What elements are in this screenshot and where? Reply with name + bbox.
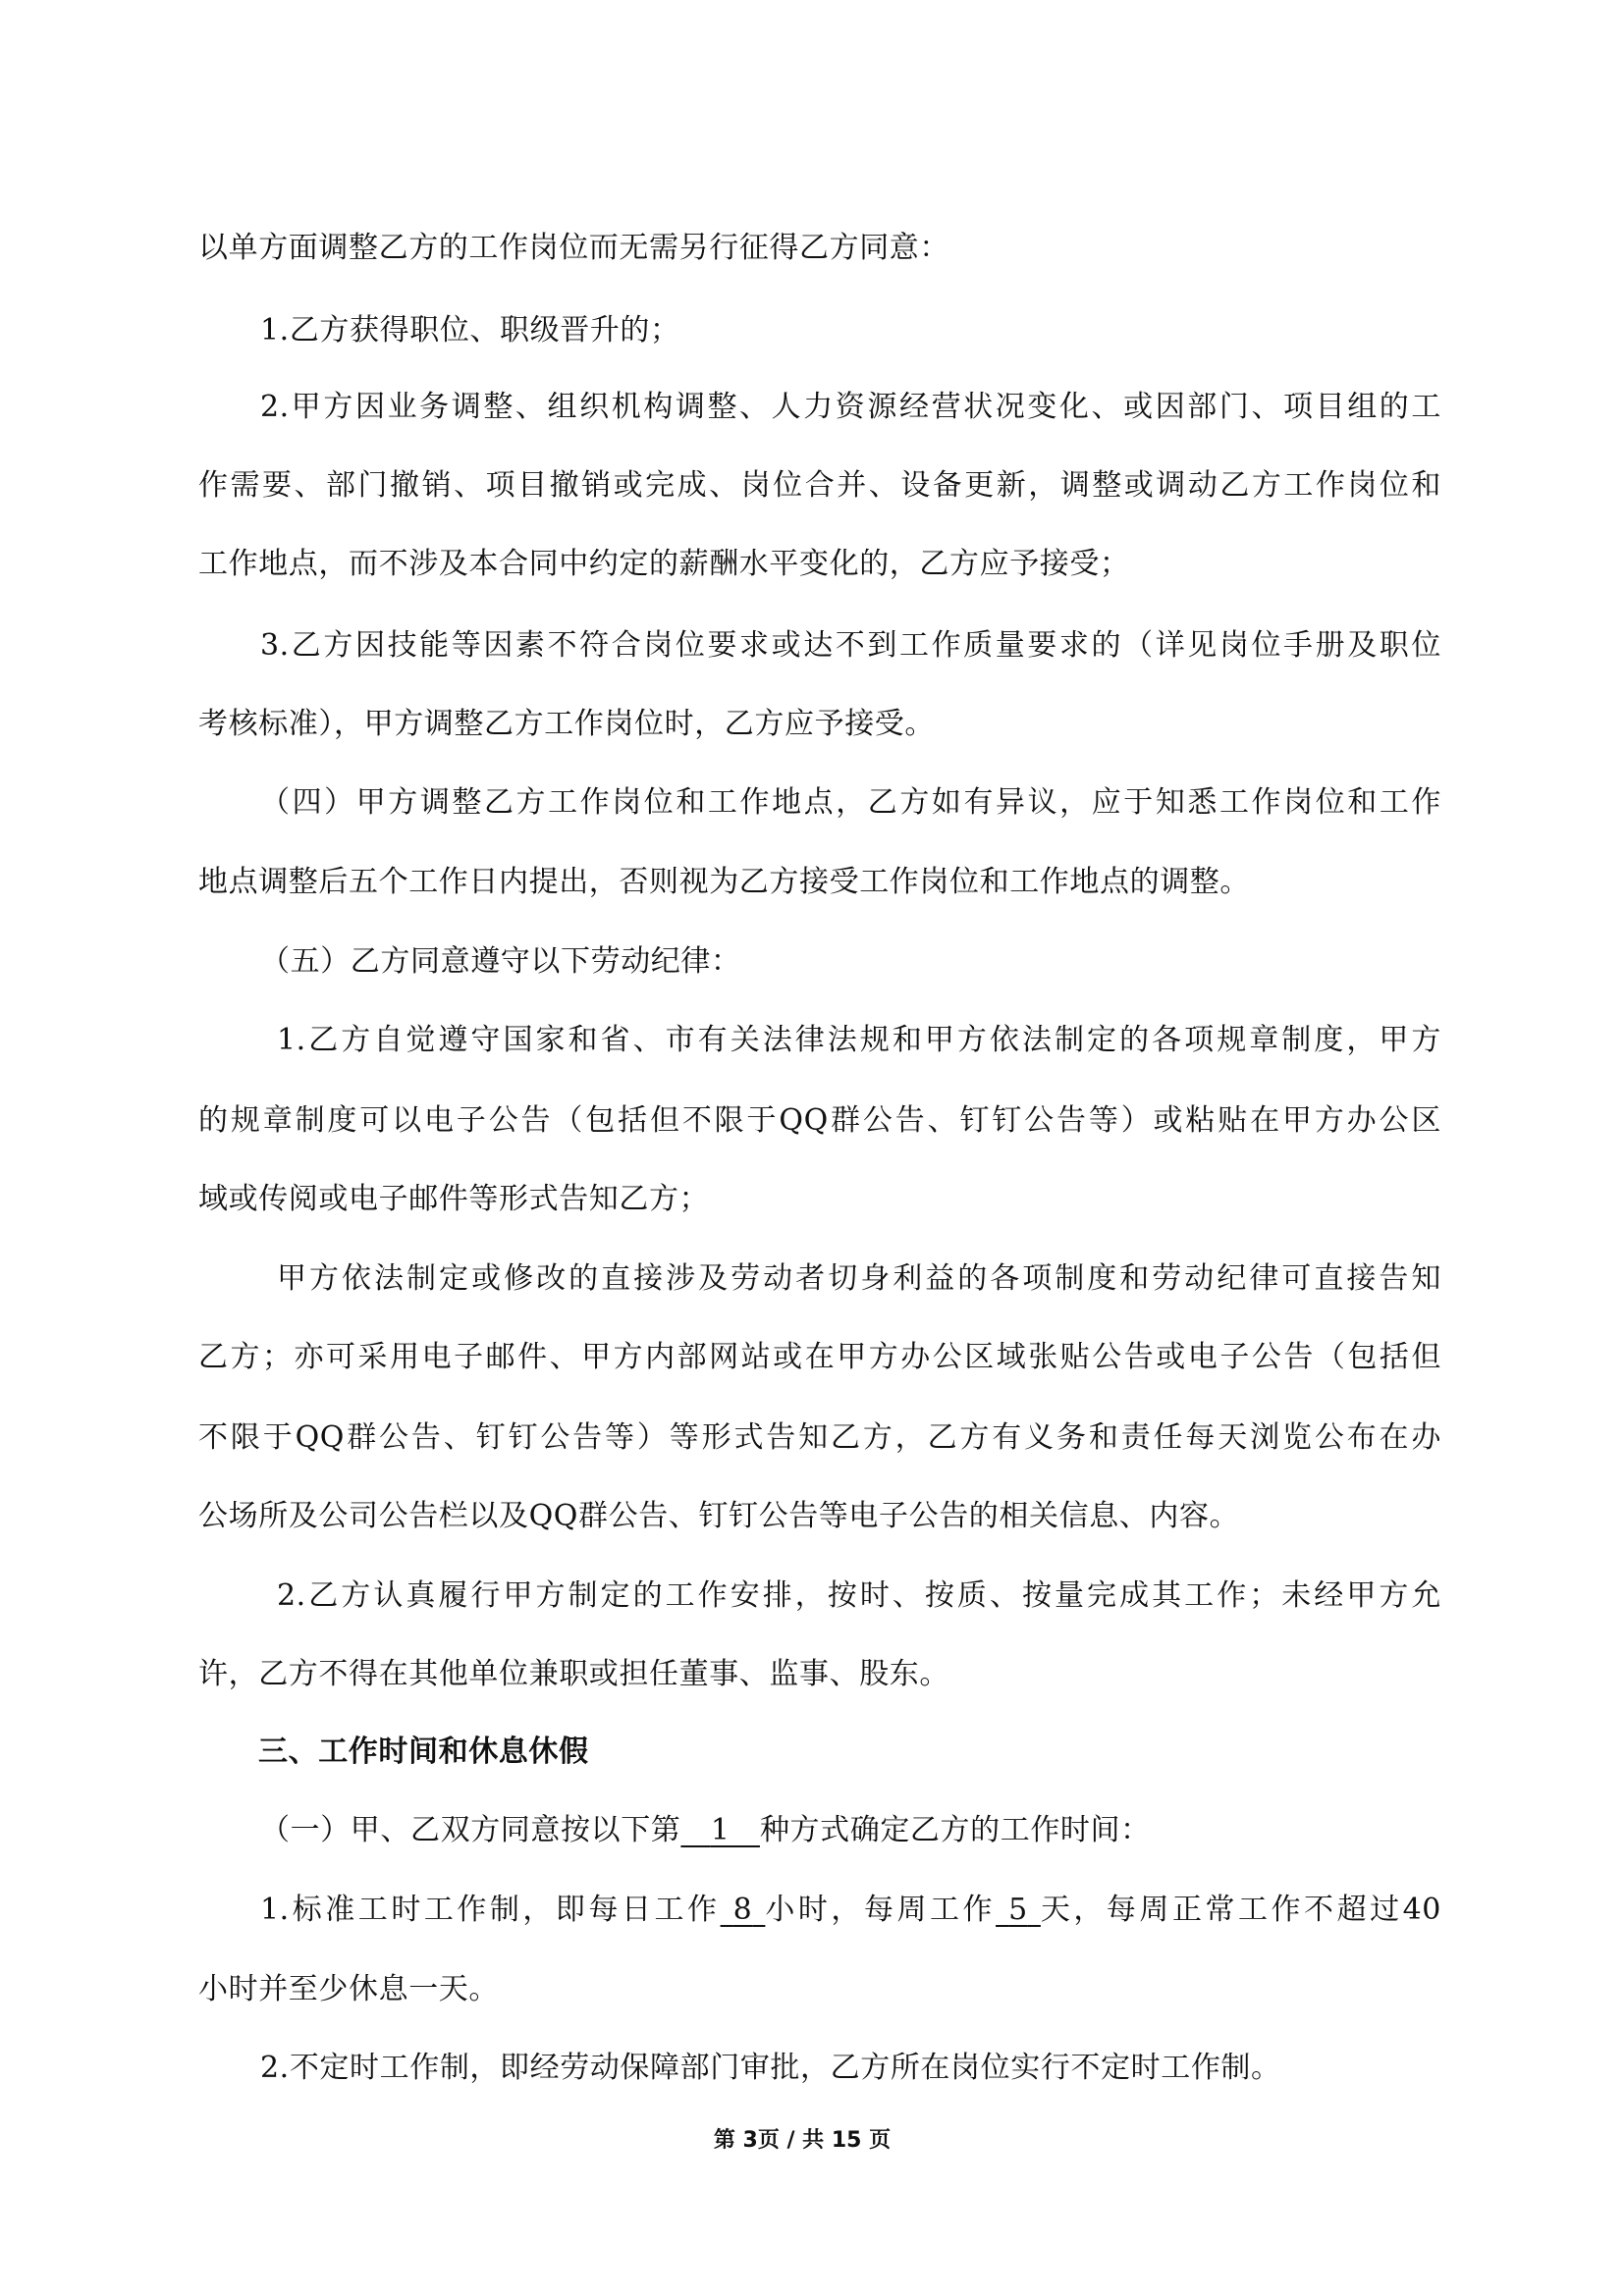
hours-per-day-field: 8 <box>721 1893 766 1927</box>
paragraph-line: 的规章制度可以电子公告（包括但不限于QQ群公告、钉钉公告等）或粘贴在甲方办公区 <box>198 1101 1441 1141</box>
paragraph-line: 地点调整后五个工作日内提出，否则视为乙方接受工作岗位和工作地点的调整。 <box>198 863 1441 902</box>
days-per-week-field: 5 <box>996 1893 1041 1927</box>
list-item-standard-hours: 1.标准工时工作制，即每日工作 8 小时，每周工作 5 天，每周正常工作不超过4… <box>260 1891 1441 1930</box>
list-item-flexible-hours: 2.不定时工作制，即经劳动保障部门审批，乙方所在岗位实行不定时工作制。 <box>260 2049 1441 2088</box>
clause-prefix: （一）甲、乙双方同意按以下第 <box>260 1813 680 1847</box>
hours-per-day-value: 8 <box>733 1893 753 1927</box>
selected-option-value: 1 <box>711 1813 731 1847</box>
list-item-business-adjustment: 2.甲方因业务调整、组织机构调整、人力资源经营状况变化、或因部门、项目组的工 <box>260 388 1441 427</box>
paragraph-line: 小时并至少休息一天。 <box>198 1970 1441 2009</box>
section-heading: 三、工作时间和休息休假 <box>258 1733 1501 1772</box>
paragraph-line: 工作地点，而不涉及本合同中约定的薪酬水平变化的，乙方应予接受； <box>198 545 1441 584</box>
list-item-skill-mismatch: 3.乙方因技能等因素不符合岗位要求或达不到工作质量要求的（详见岗位手册及职位 <box>260 626 1441 666</box>
list-item-promotion: 1.乙方获得职位、职级晋升的； <box>260 311 1441 350</box>
clause-work-time-method: （一）甲、乙双方同意按以下第 1 种方式确定乙方的工作时间： <box>260 1811 1441 1850</box>
paragraph-notification: 甲方依法制定或修改的直接涉及劳动者切身利益的各项制度和劳动纪律可直接告知 <box>277 1259 1441 1299</box>
page-number-footer: 第 3页 / 共 15 页 <box>0 2126 1624 2156</box>
standard-hours-text: 天，每周正常工作不超过40 <box>1041 1893 1441 1927</box>
standard-hours-text: 1.标准工时工作制，即每日工作 <box>260 1893 721 1927</box>
paragraph-line: 作需要、部门撤销、项目撤销或完成、岗位合并、设备更新，调整或调动乙方工作岗位和 <box>198 466 1441 506</box>
clause-suffix: 种方式确定乙方的工作时间： <box>760 1813 1151 1847</box>
clause-five: （五）乙方同意遵守以下劳动纪律： <box>260 942 1441 982</box>
list-item-work-duties: 2.乙方认真履行甲方制定的工作安排，按时、按质、按量完成其工作；未经甲方允 <box>277 1576 1441 1616</box>
days-per-week-value: 5 <box>1008 1893 1028 1927</box>
clause-four: （四）甲方调整乙方工作岗位和工作地点，乙方如有异议，应于知悉工作岗位和工作 <box>260 783 1441 823</box>
paragraph-line: 域或传阅或电子邮件等形式告知乙方； <box>198 1180 1441 1219</box>
paragraph-line: 公场所及公司公告栏以及QQ群公告、钉钉公告等电子公告的相关信息、内容。 <box>198 1497 1441 1536</box>
paragraph-line: 不限于QQ群公告、钉钉公告等）等形式告知乙方，乙方有义务和责任每天浏览公布在办 <box>198 1418 1441 1458</box>
paragraph-line: 以单方面调整乙方的工作岗位而无需另行征得乙方同意： <box>198 229 1441 268</box>
list-item-comply-rules: 1.乙方自觉遵守国家和省、市有关法律法规和甲方依法制定的各项规章制度，甲方 <box>277 1021 1441 1060</box>
paragraph-line: 乙方；亦可采用电子邮件、甲方内部网站或在甲方办公区域张贴公告或电子公告（包括但 <box>198 1338 1441 1377</box>
selected-option-field: 1 <box>680 1813 760 1847</box>
paragraph-line: 许，乙方不得在其他单位兼职或担任董事、监事、股东。 <box>198 1655 1441 1694</box>
paragraph-line: 考核标准），甲方调整乙方工作岗位时，乙方应予接受。 <box>198 705 1441 744</box>
document-page: 以单方面调整乙方的工作岗位而无需另行征得乙方同意： 1.乙方获得职位、职级晋升的… <box>0 0 1624 2296</box>
standard-hours-text: 小时，每周工作 <box>765 1893 996 1927</box>
